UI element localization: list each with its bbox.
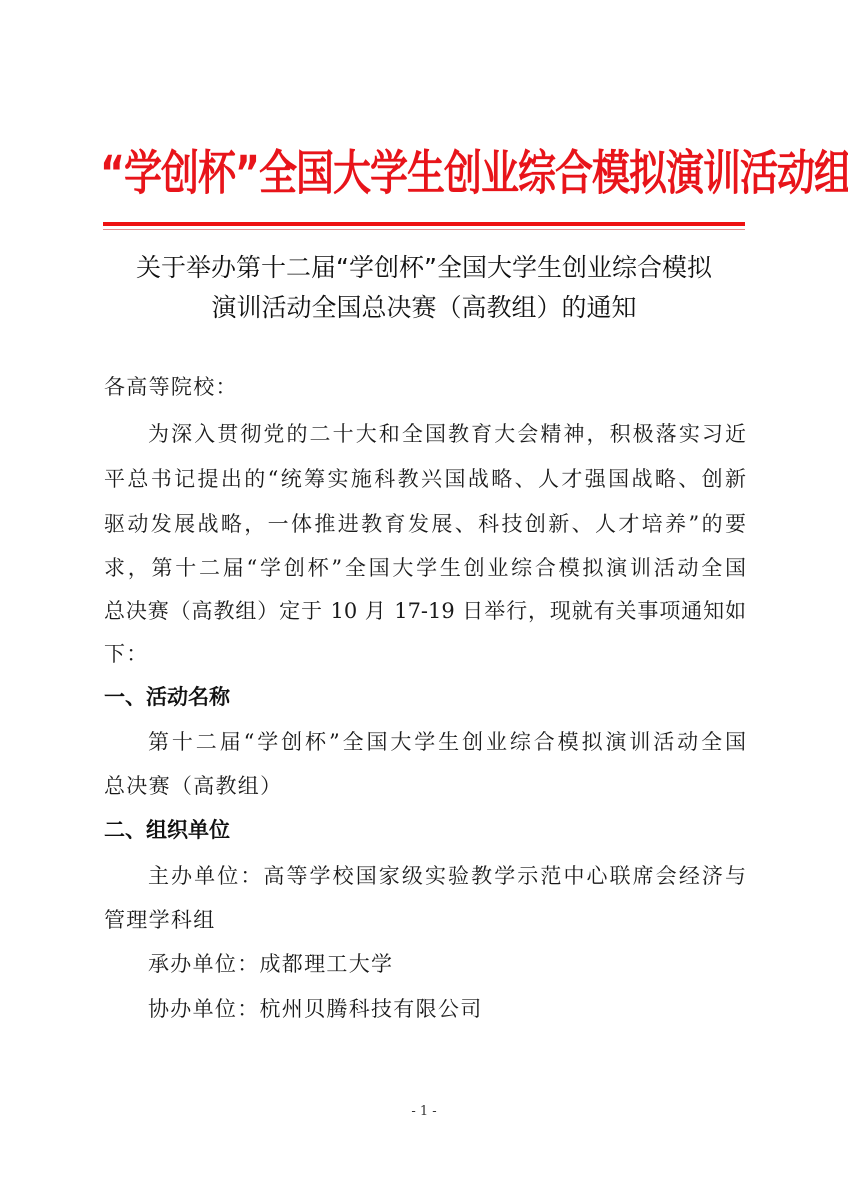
document-header-title: “学创杯”全国大学生创业综合模拟演训活动组委会文件 [100, 134, 748, 212]
section-heading-organizers: 二、组织单位 [104, 815, 230, 845]
section-heading-activity-name: 一、活动名称 [104, 682, 230, 712]
document-page: “学创杯”全国大学生创业综合模拟演训活动组委会文件 关于举办第十二届“学创杯”全… [0, 0, 848, 1200]
intro-line: 求，第十二届“学创杯”全国大学生创业综合模拟演训活动全国 [104, 553, 746, 583]
intro-line: 为深入贯彻党的二十大和全国教育大会精神，积极落实习近 [104, 419, 746, 449]
salutation: 各高等院校： [104, 372, 746, 402]
section-line: 管理学科组 [104, 905, 746, 935]
intro-line: 下： [104, 639, 746, 669]
section-line-host: 主办单位：高等学校国家级实验教学示范中心联席会经济与 [104, 861, 746, 891]
section-line: 第十二届“学创杯”全国大学生创业综合模拟演训活动全国 [104, 727, 746, 757]
page-number: - 1 - [374, 1104, 474, 1119]
intro-line: 总决赛（高教组）定于 10 月 17-19 日举行，现就有关事项通知如 [104, 596, 746, 626]
notice-title-line-2: 演训活动全国总决赛（高教组）的通知 [100, 288, 748, 328]
intro-line: 平总书记提出的“统筹实施科教兴国战略、人才强国战略、创新 [104, 464, 746, 494]
section-line-co-organizer: 协办单位：杭州贝腾科技有限公司 [104, 994, 746, 1024]
notice-title: 关于举办第十二届“学创杯”全国大学生创业综合模拟 演训活动全国总决赛（高教组）的… [100, 248, 748, 328]
intro-line: 驱动发展战略，一体推进教育发展、科技创新、人才培养”的要 [104, 509, 746, 539]
header-rule-thin [103, 229, 745, 230]
notice-title-line-1: 关于举办第十二届“学创杯”全国大学生创业综合模拟 [100, 248, 748, 288]
section-line: 总决赛（高教组） [104, 771, 746, 801]
section-line-organizer: 承办单位：成都理工大学 [104, 949, 746, 979]
header-rule-thick [103, 222, 745, 226]
